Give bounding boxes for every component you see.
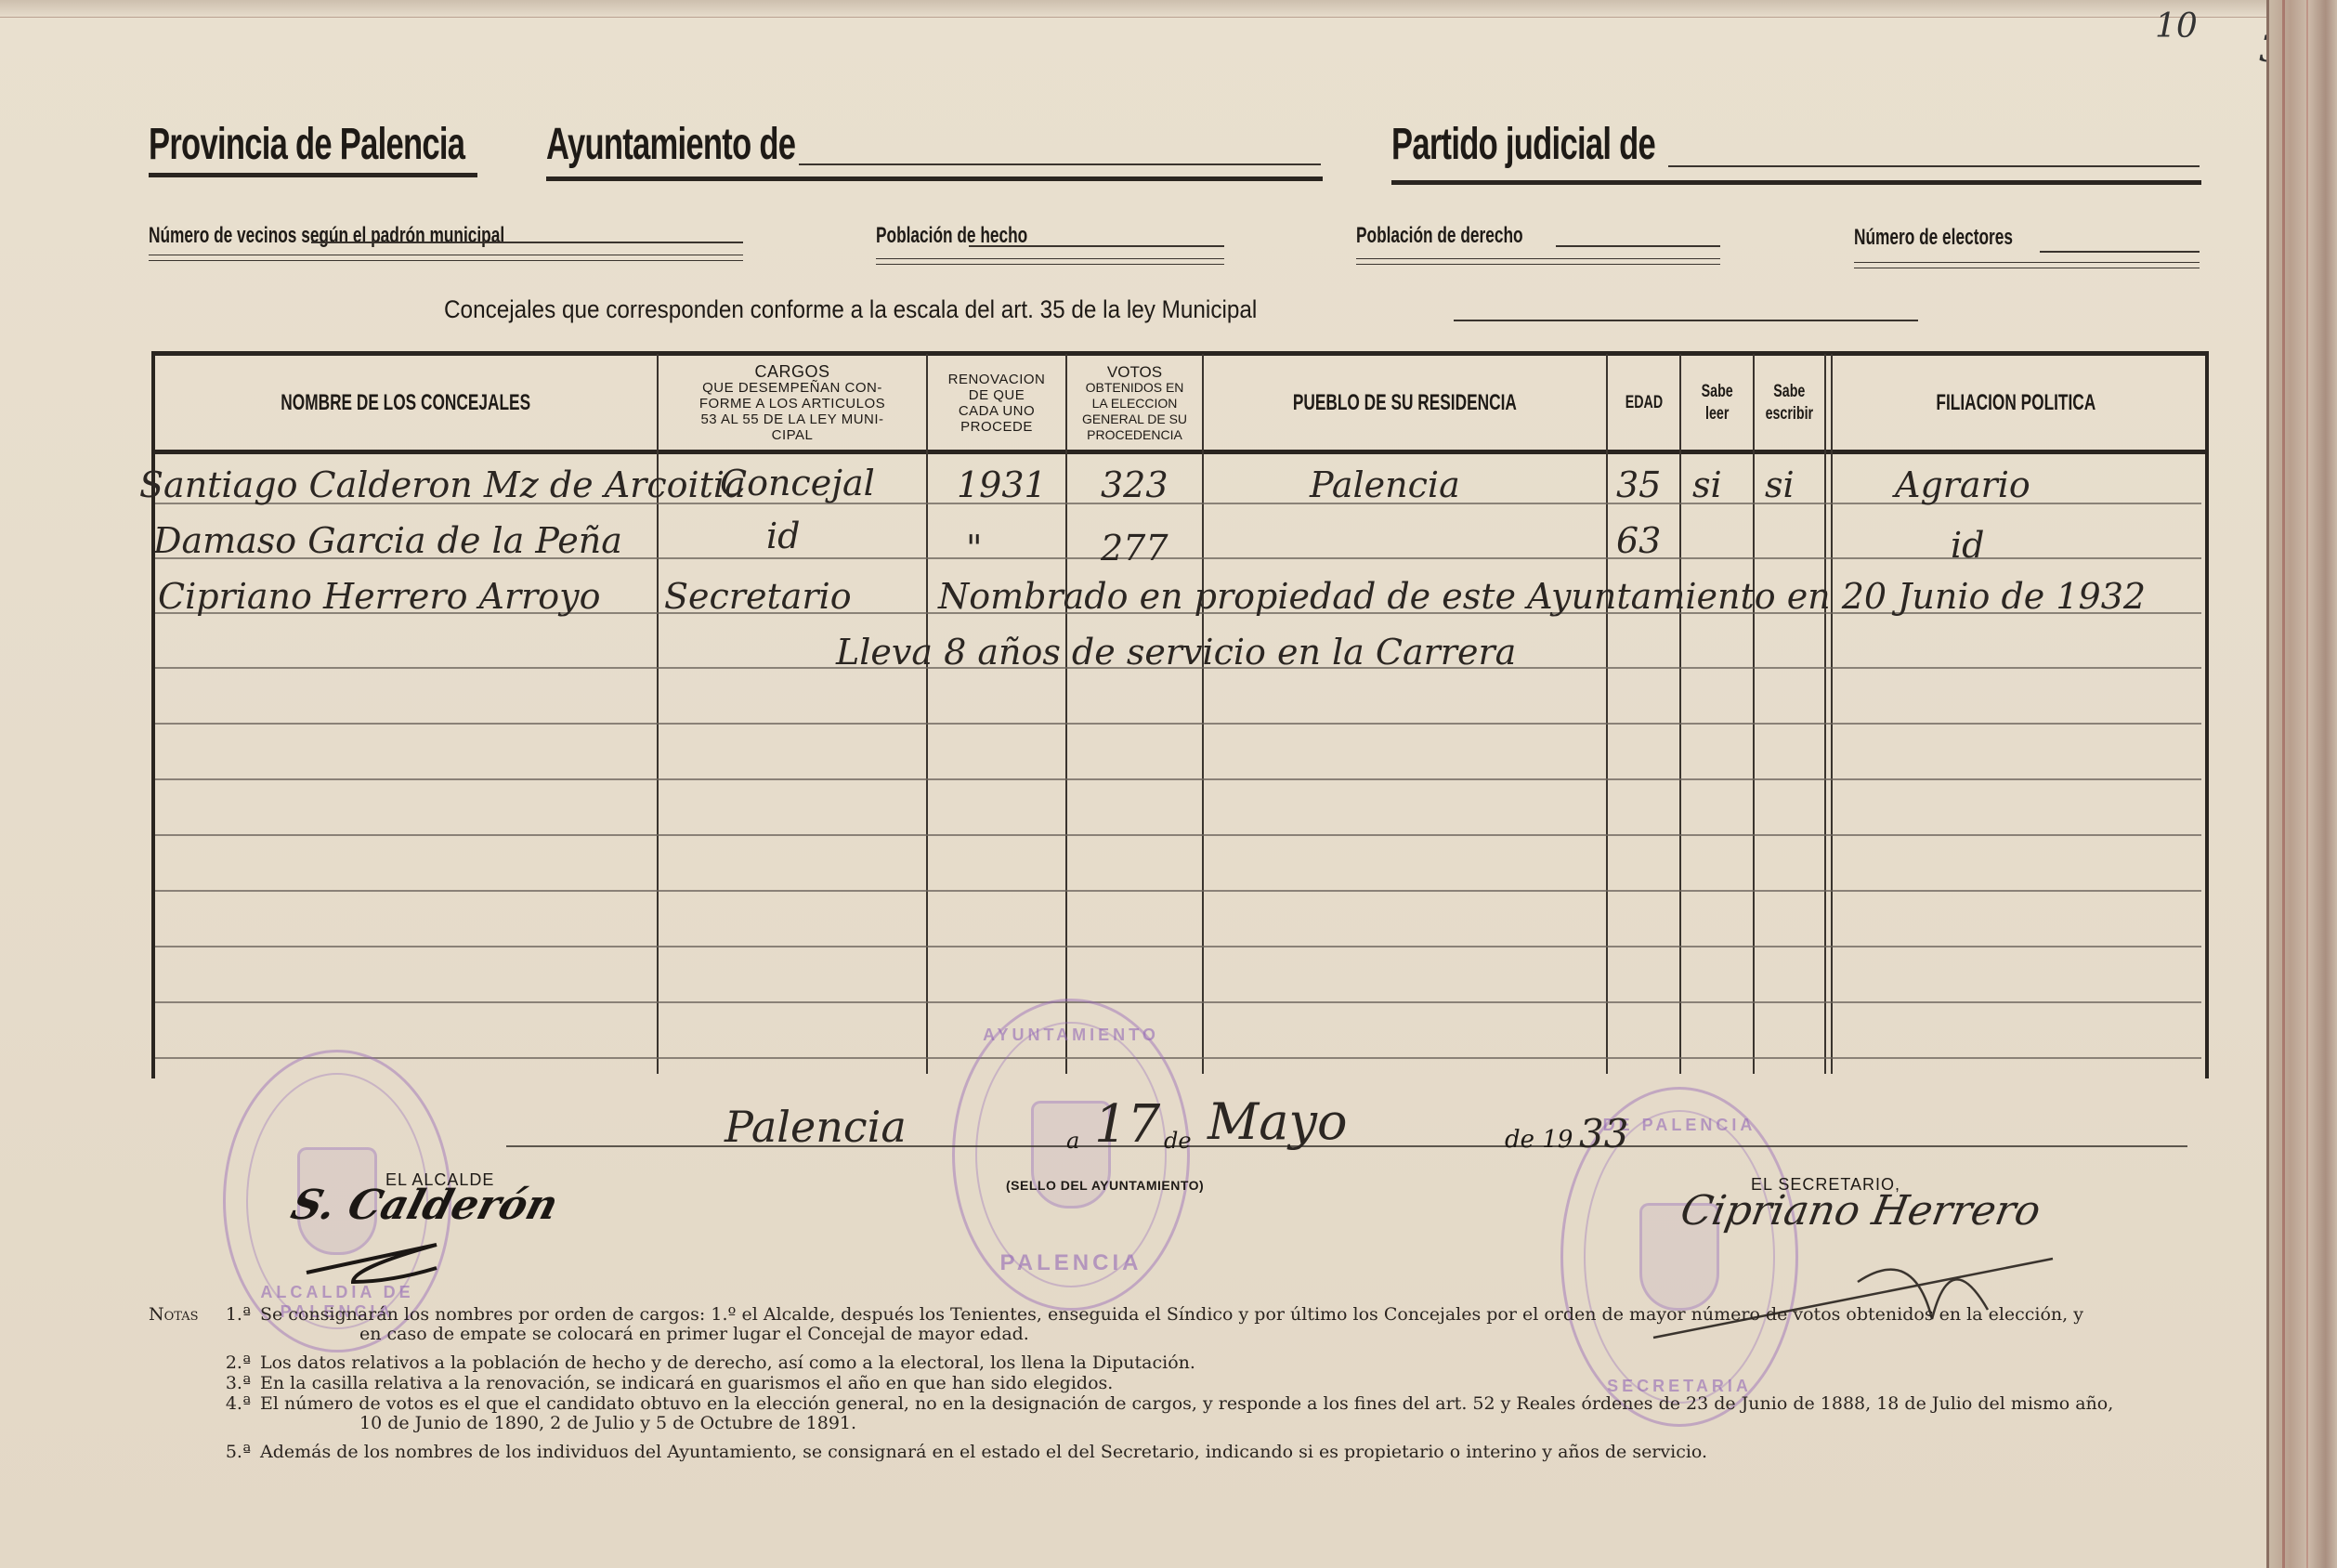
note-item-cont: 10 de Junio de 1890, 2 de Julio y 5 de O… <box>359 1414 856 1433</box>
th-renovacion-line: DE QUE <box>948 387 1046 403</box>
derecho-underline-1 <box>1356 258 1720 259</box>
derecho-underline-2 <box>1356 264 1720 265</box>
th-cargos-line: CARGOS <box>699 364 885 380</box>
poblacion-hecho-field[interactable] <box>969 245 1224 247</box>
note-item: 2.ªLos datos relativos a la población de… <box>206 1353 1195 1373</box>
th-renovacion-line: RENOVACION <box>948 372 1046 387</box>
provincia-underline <box>149 173 477 177</box>
th-escribir-label: Sabe escribir <box>1766 381 1813 425</box>
document-page: 10 3 Provincia de Palencia Ayuntamiento … <box>0 0 2266 1568</box>
row-escribir: si <box>1765 464 1795 505</box>
row-filiacion: Agrario <box>1895 464 2030 505</box>
date-year-suffix: 33 <box>1579 1111 1628 1156</box>
date-month: Mayo <box>1208 1092 1348 1151</box>
date-de-label: de <box>1164 1128 1192 1154</box>
secretario-rubric-icon <box>1635 1208 2099 1356</box>
service-note: Lleva 8 años de servicio en la Carrera <box>836 632 1516 673</box>
note-number: 1.ª <box>206 1305 251 1325</box>
col-divider <box>926 354 928 1074</box>
row-rule <box>155 890 2201 892</box>
row-note: Nombrado en propiedad de este Ayuntamien… <box>938 576 2146 617</box>
note-item-cont: en caso de empate se colocará en primer … <box>359 1325 1029 1344</box>
concejales-table <box>151 351 2209 1078</box>
partido-judicial-field[interactable] <box>1668 165 2200 167</box>
electores-field[interactable] <box>2040 251 2200 253</box>
page-top-edge <box>0 0 2266 18</box>
ayuntamiento-stamp-bottom: PALENCIA <box>955 1250 1187 1276</box>
note-item: 5.ªAdemás de los nombres de los individu… <box>206 1443 1707 1462</box>
th-renovacion-line: CADA UNO <box>948 403 1046 419</box>
ayuntamiento-label: Ayuntamiento de <box>546 119 795 170</box>
th-votos-line: OBTENIDOS EN <box>1082 380 1187 396</box>
th-cargos-line: CIPAL <box>699 427 885 443</box>
th-renovacion-label: RENOVACION DE QUE CADA UNO PROCEDE <box>948 372 1046 435</box>
row-cargo: Secretario <box>664 576 852 617</box>
th-votos-line: LA ELECCION <box>1082 396 1187 412</box>
th-escribir-line: escribir <box>1766 403 1813 425</box>
th-cargos-line: QUE DESEMPEÑAN CON- <box>699 380 885 396</box>
date-place: Palencia <box>725 1102 907 1152</box>
folio-top-number: 10 <box>2155 7 2198 46</box>
col-divider <box>1606 354 1608 1074</box>
note-number: 4.ª <box>206 1394 251 1414</box>
note-text: Los datos relativos a la población de he… <box>260 1352 1195 1373</box>
row-rule <box>155 946 2201 947</box>
row-nombre: Damaso Garcia de la Peña <box>153 520 622 561</box>
concejales-escala-field[interactable] <box>1454 320 1918 321</box>
th-filiacion: FILIACION POLITICA <box>1831 358 2201 449</box>
provincia-title: Provincia de Palencia <box>149 119 464 170</box>
ayuntamiento-field[interactable] <box>799 163 1321 165</box>
hecho-underline-1 <box>876 258 1224 259</box>
book-binding <box>2266 0 2337 1568</box>
ayuntamiento-stamp: AYUNTAMIENTO PALENCIA <box>952 999 1190 1311</box>
notes-title: Notas <box>149 1305 199 1325</box>
vecinos-field[interactable] <box>311 242 743 243</box>
date-a-label: a <box>1066 1128 1079 1154</box>
vecinos-label: Número de vecinos según el padrón munici… <box>149 223 504 249</box>
vecinos-underline-2 <box>149 260 743 261</box>
ayuntamiento-stamp-top: AYUNTAMIENTO <box>955 1026 1187 1045</box>
th-cargos-line: 53 AL 55 DE LA LEY MUNI- <box>699 412 885 427</box>
row-renovacion: 1931 <box>957 464 1047 505</box>
col-divider <box>1679 354 1681 1074</box>
row-rule <box>155 1057 2201 1059</box>
row-rule <box>155 834 2201 836</box>
note-text: Se consignarán los nombres por orden de … <box>260 1304 2083 1325</box>
row-rule <box>155 1001 2201 1003</box>
th-edad-label: EDAD <box>1625 392 1662 414</box>
row-rule <box>155 723 2201 725</box>
partido-judicial-underline <box>1391 180 2201 185</box>
partido-judicial-label: Partido judicial de <box>1391 119 1655 170</box>
row-pueblo: Palencia <box>1310 464 1460 505</box>
th-cargos-line: FORME A LOS ARTICULOS <box>699 396 885 412</box>
date-year-prefix: de 19 <box>1505 1126 1573 1154</box>
note-item: 1.ªSe consignarán los nombres por orden … <box>206 1305 2083 1325</box>
th-nombre-label: NOMBRE DE LOS CONCEJALES <box>281 390 531 416</box>
th-escribir-line: Sabe <box>1766 381 1813 403</box>
th-edad: EDAD <box>1608 358 1679 449</box>
col-divider <box>1065 354 1067 1074</box>
th-votos-line: GENERAL DE SU <box>1082 412 1187 427</box>
note-text: El número de votos es el que el candidat… <box>260 1393 2113 1414</box>
th-renovacion: RENOVACION DE QUE CADA UNO PROCEDE <box>928 358 1065 449</box>
th-leer-label: Sabe leer <box>1701 381 1732 425</box>
th-filiacion-label: FILIACION POLITICA <box>1937 390 2096 416</box>
th-cargos: CARGOS QUE DESEMPEÑAN CON- FORME A LOS A… <box>659 358 926 449</box>
row-edad: 63 <box>1616 520 1661 561</box>
sello-label: (SELLO DEL AYUNTAMIENTO) <box>1006 1178 1204 1193</box>
row-cargo: Concejal <box>720 463 875 503</box>
row-filiacion: id <box>1951 525 1984 566</box>
note-number: 3.ª <box>206 1374 251 1393</box>
row-votos: 323 <box>1101 464 1168 505</box>
row-cargo: id <box>766 516 800 556</box>
col-divider <box>1202 354 1204 1074</box>
table-header-rule <box>151 450 2205 454</box>
note-number: 2.ª <box>206 1353 251 1373</box>
note-number: 5.ª <box>206 1443 251 1462</box>
th-leer-line: Sabe <box>1701 381 1732 403</box>
alcalde-rubric-icon <box>297 1217 483 1291</box>
row-edad: 35 <box>1616 464 1661 505</box>
th-renovacion-line: PROCEDE <box>948 419 1046 435</box>
date-day: 17 <box>1094 1094 1160 1155</box>
th-votos-line: PROCEDENCIA <box>1082 427 1187 443</box>
electores-label: Número de electores <box>1854 225 2013 251</box>
th-votos: VOTOS OBTENIDOS EN LA ELECCION GENERAL D… <box>1067 358 1202 449</box>
hecho-underline-2 <box>876 264 1224 265</box>
concejales-escala-label: Concejales que corresponden conforme a l… <box>444 295 1257 324</box>
note-text: En la casilla relativa a la renovación, … <box>260 1373 1113 1393</box>
electores-underline-1 <box>1854 262 2200 263</box>
row-votos: 277 <box>1101 528 1168 568</box>
ayuntamiento-underline <box>546 176 1323 181</box>
col-divider <box>657 354 659 1074</box>
th-cargos-label: CARGOS QUE DESEMPEÑAN CON- FORME A LOS A… <box>699 364 885 443</box>
col-divider <box>1753 354 1755 1074</box>
note-item: 4.ªEl número de votos es el que el candi… <box>206 1394 2113 1414</box>
row-leer: si <box>1692 464 1722 505</box>
th-leer-line: leer <box>1701 403 1732 425</box>
poblacion-derecho-field[interactable] <box>1556 245 1720 247</box>
vecinos-underline-1 <box>149 255 743 255</box>
row-nombre: Santiago Calderon Mz de Arcoitia <box>139 464 746 505</box>
electores-underline-2 <box>1854 268 2200 268</box>
th-votos-line: VOTOS <box>1082 364 1187 380</box>
th-pueblo: PUEBLO DE SU RESIDENCIA <box>1204 358 1606 449</box>
col-divider-double <box>1824 354 1833 1074</box>
row-nombre: Cipriano Herrero Arroyo <box>158 576 601 617</box>
th-escribir: Sabe escribir <box>1755 358 1824 449</box>
row-rule <box>155 778 2201 780</box>
th-leer: Sabe leer <box>1681 358 1753 449</box>
note-text: Además de los nombres de los individuos … <box>260 1442 1707 1462</box>
note-item: 3.ªEn la casilla relativa a la renovació… <box>206 1374 1113 1393</box>
poblacion-derecho-label: Población de derecho <box>1356 223 1523 249</box>
th-nombre: NOMBRE DE LOS CONCEJALES <box>155 358 657 449</box>
row-renovacion: " <box>966 528 982 568</box>
th-votos-label: VOTOS OBTENIDOS EN LA ELECCION GENERAL D… <box>1082 364 1187 443</box>
th-pueblo-label: PUEBLO DE SU RESIDENCIA <box>1293 390 1517 416</box>
